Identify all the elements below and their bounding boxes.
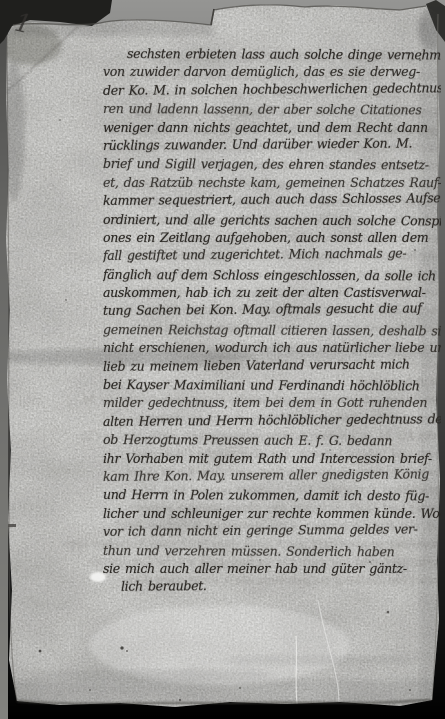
manuscript-line: bei Kayser Maximiliani und Ferdinandi hö…	[103, 376, 441, 396]
manuscript-line: lich beraubet.	[103, 576, 441, 597]
wrinkle	[220, 655, 420, 665]
manuscript-line: kammer sequestriert, auch auch dass Schl…	[103, 189, 441, 210]
manuscript-line: rücklings zuwander. Und darüber wieder K…	[103, 134, 441, 155]
manuscript-line: ob Herzogtums Preussen auch E. f. G. bed…	[103, 431, 441, 451]
manuscript-line: tung Sachen bei Kon. May. oftmals gesuch…	[103, 300, 441, 321]
manuscript-line: alten Herren und Herrn höchlöblicher ged…	[103, 410, 441, 431]
manuscript-line: sechsten erbieten lass auch solche dinge…	[103, 45, 441, 65]
manuscript-line: der Ko. M. in solchen hochbeschwerlichen…	[103, 79, 441, 100]
manuscript-line: vor ich dann nicht ein geringe Summa gel…	[103, 521, 441, 542]
manuscript-line: und Herrn in Polen zukommen, damit ich d…	[103, 486, 441, 506]
manuscript-line: kam Ihre Kon. May. unserem aller gnedigs…	[103, 465, 441, 486]
manuscript-line: gemeinen Reichstag oftmall citieren lass…	[103, 321, 441, 341]
manuscript-line: brief und Sigill verjagen, des ehren sta…	[103, 155, 441, 175]
scanned-manuscript-page: fall gestiftet und zugerichtet. Mich nac…	[0, 0, 445, 719]
manuscript-line: fall gestiftet und zugerichtet. Mich nac…	[103, 245, 441, 266]
manuscript-line: ordiniert, und alle gerichts sachen auch…	[103, 211, 441, 231]
manuscript-line: fänglich auf dem Schloss eingeschlossen,…	[103, 266, 441, 286]
manuscript-line: ren und ladenn lassenn, der aber solche …	[103, 100, 441, 120]
manuscript-line: thun und verzehren müssen. Sonderlich ha…	[103, 542, 441, 562]
manuscript-text-block: sechsten erbieten lass auch solche dinge…	[103, 45, 441, 607]
manuscript-line: lieb zu meinem lieben Vaterland verursac…	[103, 355, 441, 376]
wrinkle	[30, 669, 270, 681]
